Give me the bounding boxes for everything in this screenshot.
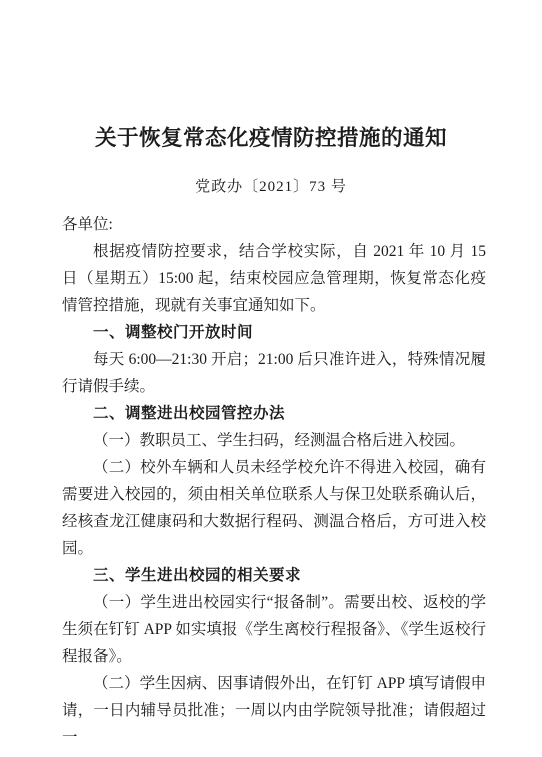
document-body: 各单位: 根据疫情防控要求，结合学校实际，自 2021 年 10 月 15 日（…	[0, 211, 542, 751]
document-number: 党政办〔2021〕73 号	[0, 177, 542, 197]
body-paragraph: （一）教职员工、学生扫码，经测温合格后进入校园。	[62, 427, 486, 454]
body-paragraph: （二）校外车辆和人员未经学校允许不得进入校园，确有需要进入校园的，须由相关单位联…	[62, 454, 486, 562]
section-heading: 三、学生进出校园的相关要求	[62, 562, 486, 589]
section-heading: 二、调整进出校园管控办法	[62, 400, 486, 427]
body-paragraph: （二）学生因病、因事请假外出，在钉钉 APP 填写请假申请，一日内辅导员批准；一…	[62, 670, 486, 751]
body-paragraph: 每天 6:00—21:30 开启；21:00 后只准许进入，特殊情况履行请假手续…	[62, 346, 486, 400]
body-paragraph: （一）学生进出校园实行“报备制”。需要出校、返校的学生须在钉钉 APP 如实填报…	[62, 589, 486, 670]
document-title: 关于恢复常态化疫情防控措施的通知	[0, 0, 542, 154]
paragraph-list: 根据疫情防控要求，结合学校实际，自 2021 年 10 月 15 日（星期五）1…	[62, 238, 486, 751]
body-paragraph: 根据疫情防控要求，结合学校实际，自 2021 年 10 月 15 日（星期五）1…	[62, 238, 486, 319]
document-page: 关于恢复常态化疫情防控措施的通知 党政办〔2021〕73 号 各单位: 根据疫情…	[0, 0, 542, 757]
section-heading: 一、调整校门开放时间	[62, 319, 486, 346]
salutation: 各单位:	[62, 211, 486, 238]
